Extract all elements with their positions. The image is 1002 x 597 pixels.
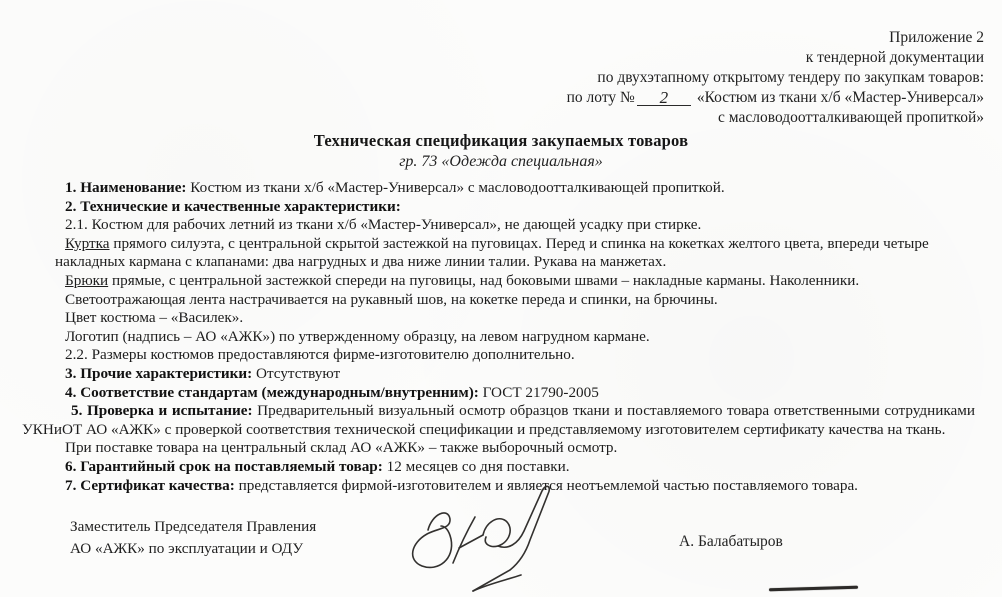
item-2-label: 2. Технические и качественные характерис…: [65, 198, 401, 215]
specification-body: 1. Наименование: Костюм из ткани х/б «Ма…: [55, 179, 975, 495]
lot-prefix: по лоту №: [567, 89, 635, 106]
para-reflective-tape: Светоотражающая лента настрачивается на …: [55, 291, 975, 310]
item-2-1-suit: 2.1. Костюм для рабочих летний из ткани …: [55, 216, 975, 235]
header-impregnation-line: с масловодоотталкивающей пропиткой»: [344, 108, 984, 128]
document-page: Приложение 2 к тендерной документации по…: [0, 0, 1002, 597]
header-block: Приложение 2 к тендерной документации по…: [344, 28, 984, 128]
signatory-title-line2: АО «АЖК» по эксплуатации и ОДУ: [70, 538, 316, 560]
scan-smudge-artifact: [769, 586, 858, 591]
item-2-2-sizes: 2.2. Размеры костюмов предоставляются фи…: [55, 346, 975, 365]
para-trousers: Брюки прямые, с центральной застежкой сп…: [55, 272, 975, 291]
para-logo: Логотип (надпись – АО «АЖК») по утвержде…: [55, 328, 975, 347]
lot-suffix: «Костюм из ткани х/б «Мастер-Универсал»: [697, 89, 984, 106]
jacket-word: Куртка: [65, 235, 110, 252]
item-4-standards: 4. Соответствие стандартам (международны…: [55, 384, 975, 403]
handwritten-signature: [398, 478, 570, 596]
item-6-text: 12 месяцев со дня поставки.: [383, 458, 570, 475]
item-5-inspection: 5. Проверка и испытание: Предварительный…: [22, 402, 975, 439]
item-1-text: Костюм из ткани х/б «Мастер-Универсал» с…: [187, 179, 725, 196]
item-7-label: 7. Сертификат качества:: [65, 477, 235, 494]
item-1-label: 1. Наименование:: [65, 179, 187, 196]
para-color: Цвет костюма – «Василек».: [55, 309, 975, 328]
signatory-name: А. Балабатыров: [679, 533, 783, 551]
item-5-label: 5. Проверка и испытание:: [71, 402, 253, 419]
item-3-text: Отсутствуют: [252, 365, 340, 382]
lot-number-handwritten: 2: [660, 88, 669, 107]
signatory-title: Заместитель Председателя Правления АО «А…: [70, 516, 316, 560]
title-block: Техническая спецификация закупаемых това…: [0, 131, 1002, 171]
lot-number-field: 2: [637, 91, 691, 106]
item-6-label: 6. Гарантийный срок на поставляемый това…: [65, 458, 383, 475]
header-tender-doc-line: к тендерной документации: [344, 48, 984, 68]
trousers-text: прямые, с центральной застежкой спереди …: [108, 272, 859, 289]
item-1-name: 1. Наименование: Костюм из ткани х/б «Ма…: [55, 179, 975, 198]
trousers-word: Брюки: [65, 272, 108, 289]
jacket-text: прямого силуэта, с центральной скрытой з…: [55, 235, 929, 271]
item-3-other: 3. Прочие характеристики: Отсутствуют: [55, 365, 975, 384]
signatory-title-line1: Заместитель Председателя Правления: [70, 516, 316, 538]
item-3-label: 3. Прочие характеристики:: [65, 365, 252, 382]
header-appendix-line: Приложение 2: [344, 28, 984, 48]
item-2-characteristics: 2. Технические и качественные характерис…: [55, 198, 975, 217]
item-4-label: 4. Соответствие стандартам (международны…: [65, 384, 479, 401]
item-4-text: ГОСТ 21790-2005: [479, 384, 599, 401]
header-lot-line: по лоту №2«Костюм из ткани х/б «Мастер-У…: [344, 88, 984, 108]
document-subtitle: гр. 73 «Одежда специальная»: [0, 153, 1002, 171]
item-6-warranty: 6. Гарантийный срок на поставляемый това…: [55, 458, 975, 477]
header-tender-type-line: по двухэтапному открытому тендеру по зак…: [344, 68, 984, 88]
para-delivery-inspection: При поставке товара на центральный склад…: [55, 439, 975, 458]
document-title: Техническая спецификация закупаемых това…: [0, 131, 1002, 151]
para-jacket: Куртка прямого силуэта, с центральной ск…: [55, 235, 975, 272]
